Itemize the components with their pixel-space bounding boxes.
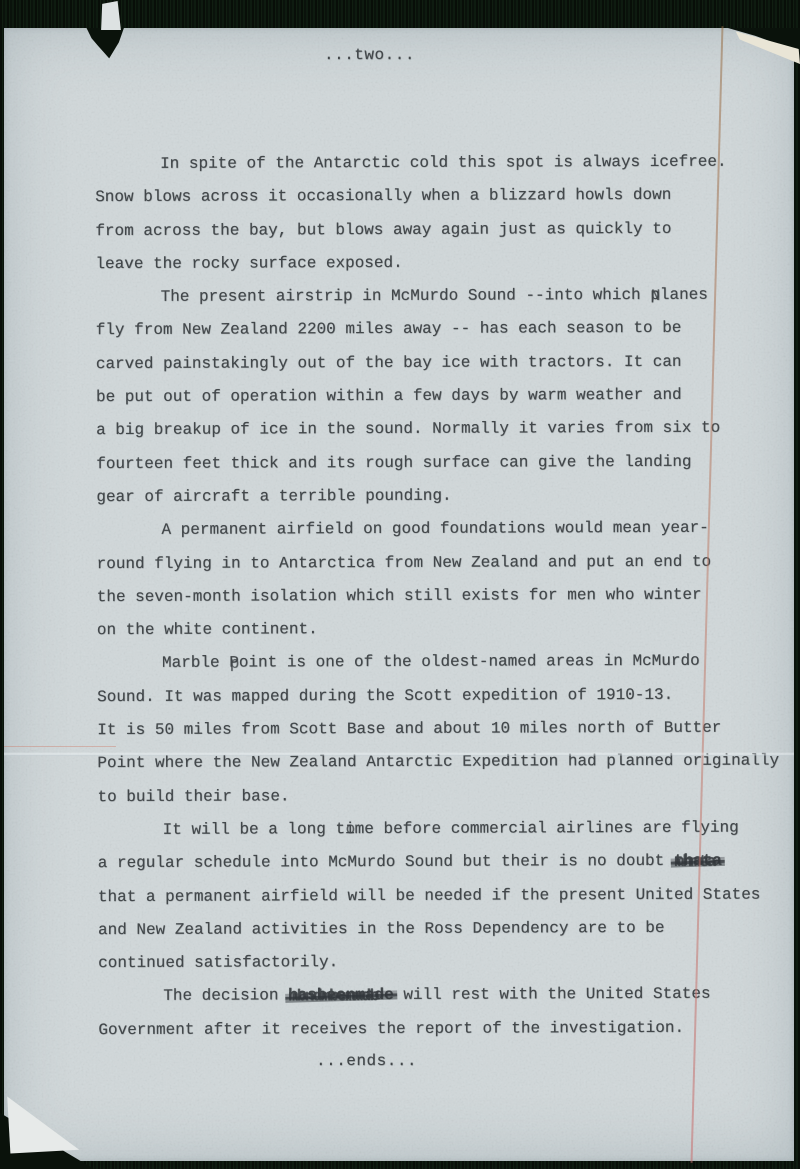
- typed-line: It is 50 miles from Scott Base and about…: [97, 711, 787, 747]
- crease-mark: [4, 746, 116, 747]
- document-page: ...two... In spite of the Antarctic cold…: [4, 28, 794, 1161]
- typed-line: and New Zealand activities in the Ross D…: [98, 911, 788, 947]
- typed-line: the seven-month isolation which still ex…: [97, 578, 787, 614]
- typed-line: on the white continent.: [97, 612, 787, 648]
- page-footer: ...ends...: [316, 1052, 417, 1070]
- typed-line: Snow blows across it occasionally when a…: [95, 179, 785, 215]
- typed-line: The present airstrip in McMurdo Sound --…: [96, 279, 786, 315]
- horizontal-fold-crease: [4, 752, 794, 756]
- page-number-header: ...two...: [324, 46, 415, 64]
- typed-line: In spite of the Antarctic cold this spot…: [95, 145, 785, 181]
- typed-line: A permanent airfield on good foundations…: [96, 512, 786, 548]
- typed-line: continued satisfactorily.: [98, 945, 788, 981]
- typed-line: The decision hasbeenmadembndmbemmdb will…: [98, 978, 788, 1014]
- typed-line: carved painstakingly out of the bay ice …: [96, 345, 786, 381]
- typed-text-body: In spite of the Antarctic cold this spot…: [95, 145, 788, 1047]
- scan-background: ...two... In spite of the Antarctic cold…: [0, 0, 800, 1169]
- typed-line: a big breakup of ice in the sound. Norma…: [96, 412, 786, 448]
- typed-line: Marble Ppoint is one of the oldest-named…: [97, 645, 787, 681]
- overstruck-text: pN: [650, 279, 660, 312]
- typed-line: to build their base.: [97, 778, 787, 814]
- typed-line: fly from New Zealand 2200 miles away -- …: [96, 312, 786, 348]
- typed-line: leave the rocky surface exposed.: [95, 245, 785, 281]
- typed-line: gear of aircraft a terrible pounding.: [96, 478, 786, 514]
- typed-line: be put out of operation within a few day…: [96, 379, 786, 415]
- typed-line: It will be a long tiome before commercia…: [98, 811, 788, 847]
- typed-line: Government after it receives the report …: [98, 1011, 788, 1047]
- typed-line: round flying in to Antarctica from New Z…: [97, 545, 787, 581]
- typed-line: from across the bay, but blows away agai…: [95, 212, 785, 248]
- typed-line: fourteen feet thick and its rough surfac…: [96, 445, 786, 481]
- typed-line: Point where the New Zealand Antarctic Ex…: [97, 745, 787, 781]
- typed-line: Sound. It was mapped during the Scott ex…: [97, 678, 787, 714]
- typed-line: a regular schedule into McMurdo Sound bu…: [98, 845, 788, 881]
- torn-paper-fragment: [100, 1, 122, 30]
- overstruck-text: hasbeenmadembndmbemmdb: [288, 979, 394, 1013]
- overstruck-text: io: [345, 813, 355, 846]
- typed-line: that a permanent airfield will be needed…: [98, 878, 788, 914]
- overstruck-text: Pp: [229, 647, 239, 680]
